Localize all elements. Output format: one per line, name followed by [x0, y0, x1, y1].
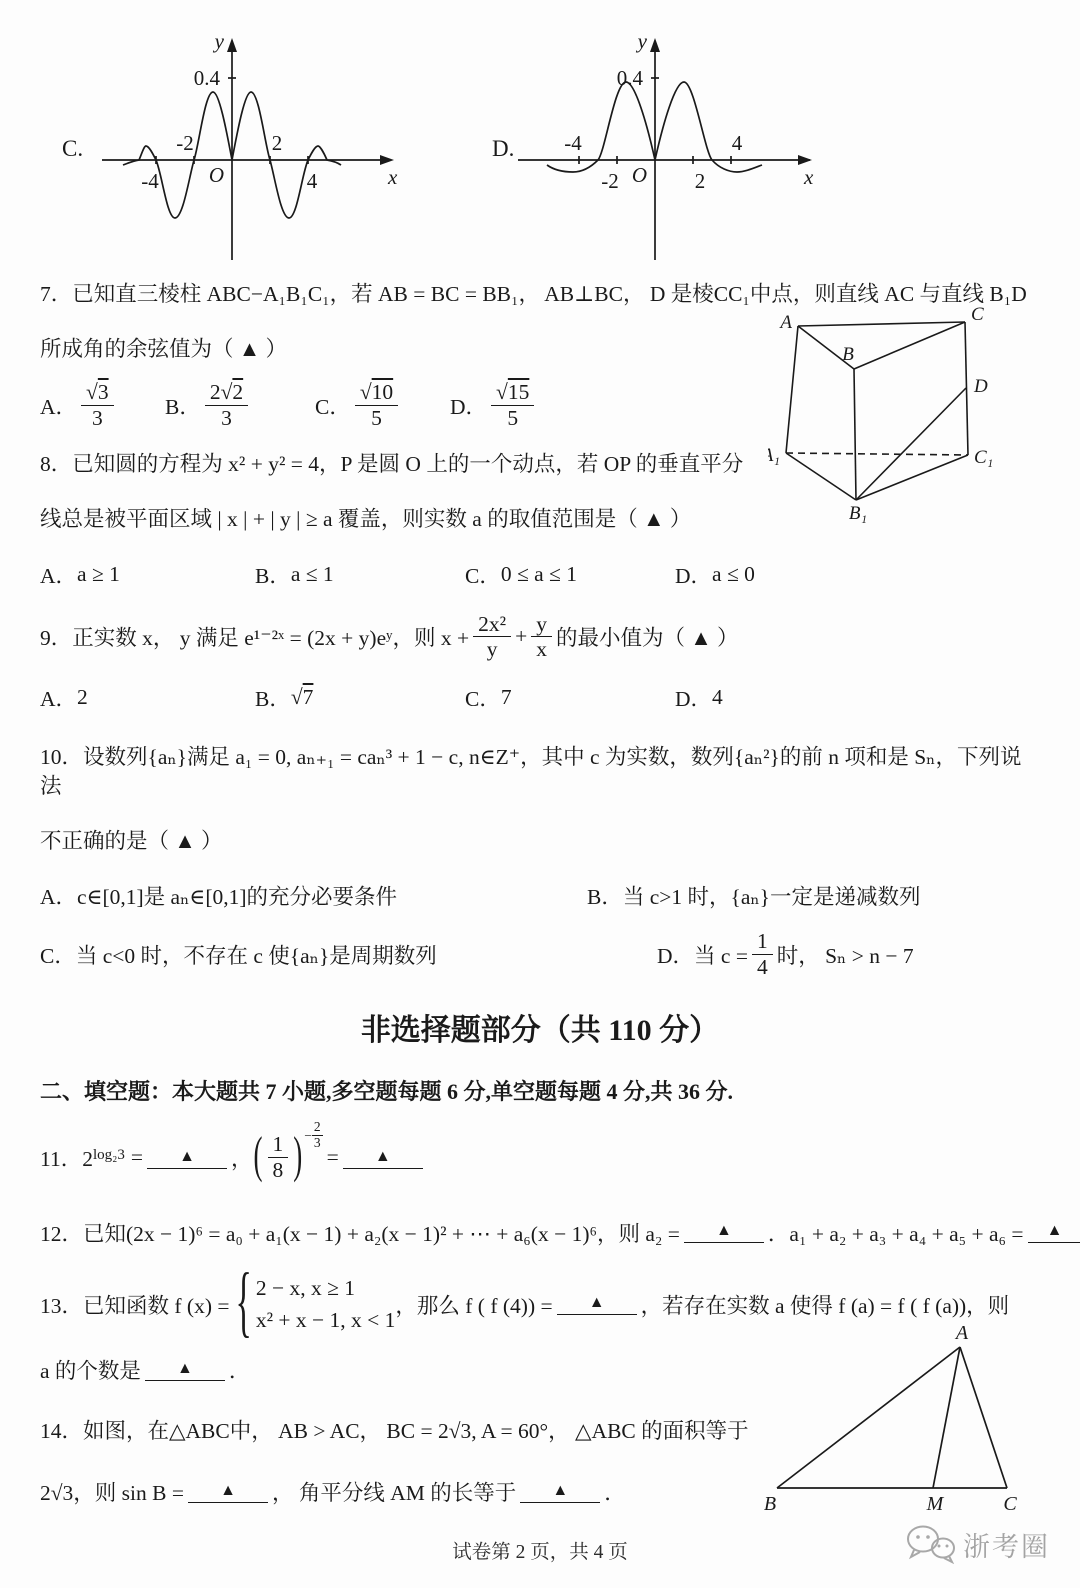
answer-graphs: C. 0.4 y — [40, 0, 1040, 272]
q8-line1: 8．已知圆的方程为 x² + y² = 4，P 是圆 O 上的一个动点，若 OP… — [40, 450, 770, 479]
exponent: log₂3 — [93, 1147, 125, 1164]
fraction: √10 5 — [355, 380, 398, 430]
prism-vertex-A: A — [778, 312, 792, 333]
c-tick-2: 2 — [272, 131, 283, 155]
triangle-figure: A B M C — [748, 1322, 1063, 1514]
c-ytick-label: 0.4 — [194, 66, 221, 90]
watermark: 浙考圈 — [905, 1524, 1050, 1564]
q9-option-c: C．7 — [465, 682, 675, 713]
prism-figure: A C B D A₁ C₁ B₁ — [768, 298, 1068, 533]
q8-options: A．a ≥ 1 B．a ≤ 1 C．0 ≤ a ≤ 1 D．a ≤ 0 — [40, 559, 1040, 590]
answer-blank: ▲ — [520, 1481, 600, 1503]
d-origin-label: O — [632, 163, 647, 187]
fraction: 2√2 3 — [205, 380, 248, 430]
q10-options-row2: C．当 c<0 时，不存在 c 使{aₙ}是周期数列 D．当 c = 14 时，… — [40, 929, 1040, 979]
piecewise-brace: { — [235, 1259, 251, 1348]
d-ytick-label: 0.4 — [617, 66, 644, 90]
d-tick-neg4: -4 — [564, 131, 582, 155]
q9-option-a: A．2 — [40, 682, 255, 713]
option-c-label: C. — [62, 136, 83, 162]
q14-line2: 2√3，则 sin B = ▲ ， 角平分线 AM 的长等于 ▲ ． — [40, 1476, 780, 1507]
prism-vertex-C: C — [971, 304, 984, 325]
answer-blank: ▲ — [1028, 1221, 1080, 1243]
fraction: 2x²y — [473, 612, 511, 662]
answer-blank: ▲ — [145, 1359, 225, 1381]
q10-option-b: B．当 c>1 时，{aₙ}一定是递减数列 — [587, 880, 921, 911]
q10-options-row1: A．c∈[0,1]是 aₙ∈[0,1]的充分必要条件 B．当 c>1 时，{aₙ… — [40, 880, 1040, 911]
d-yaxis-label: y — [636, 30, 648, 53]
fill-in-instructions: 二、填空题：本大题共 7 小题,多空题每题 6 分,单空题每题 4 分,共 36… — [40, 1075, 1040, 1106]
exam-page: C. 0.4 y — [0, 0, 1080, 1588]
exponent-fraction: − 23 — [304, 1120, 322, 1151]
q10-option-a: A．c∈[0,1]是 aₙ∈[0,1]的充分必要条件 — [40, 880, 587, 911]
answer-blank: ▲ — [147, 1147, 227, 1169]
q9-option-b: B．√7 — [255, 682, 465, 713]
q8-line2: 线总是被平面区域 | x | + | y | ≥ a 覆盖，则实数 a 的取值范… — [40, 505, 770, 534]
prism-vertex-A1: A₁ — [768, 445, 780, 466]
q8-option-a: A．a ≥ 1 — [40, 559, 255, 590]
q8-option-d: D．a ≤ 0 — [675, 559, 755, 590]
prism-vertex-B1: B₁ — [849, 503, 867, 524]
triangle-point-M: M — [926, 1493, 945, 1514]
answer-blank: ▲ — [684, 1221, 764, 1243]
d-tick-4: 4 — [732, 131, 743, 155]
q8-option-b: B．a ≤ 1 — [255, 559, 465, 590]
prism-point-D: D — [973, 376, 988, 397]
q12: 12．已知(2x − 1)⁶ = a₀ + a₁(x − 1) + a₂(x −… — [40, 1217, 1040, 1248]
q8-option-c: C．0 ≤ a ≤ 1 — [465, 559, 675, 590]
c-tick-neg2: -2 — [176, 131, 194, 155]
answer-blank: ▲ — [343, 1147, 423, 1169]
prism-vertex-B: B — [842, 344, 854, 365]
c-tick-4: 4 — [307, 169, 318, 193]
answer-blank: ▲ — [557, 1293, 637, 1315]
q7-option-d: D． √15 5 — [450, 380, 538, 430]
fraction: √3 3 — [81, 380, 114, 430]
fraction: 18 — [268, 1132, 289, 1182]
left-paren: ( — [254, 1126, 263, 1185]
d-tick-2: 2 — [695, 169, 706, 193]
q10-option-c: C．当 c<0 时，不存在 c 使{aₙ}是周期数列 — [40, 939, 657, 970]
q10-line2: 不正确的是（ ▲ ） — [40, 827, 1040, 856]
fraction: yx — [531, 612, 552, 662]
triangle-vertex-C: C — [1003, 1493, 1017, 1514]
section-title: 非选择题部分（共 110 分） — [40, 1005, 1040, 1049]
triangle-vertex-A: A — [954, 1322, 969, 1344]
q7-option-a: A． √3 3 — [40, 380, 165, 430]
d-xaxis-label: x — [803, 165, 814, 189]
q9-options: A．2 B．√7 C．7 D．4 — [40, 682, 1040, 713]
c-tick-neg4: -4 — [141, 169, 159, 193]
graph-option-d: 0.4 y x O -4 4 -2 2 — [500, 30, 820, 268]
q14-line1: 14．如图，在△ABC中， AB > AC， BC = 2√3, A = 60°… — [40, 1417, 760, 1446]
answer-blank: ▲ — [188, 1481, 268, 1503]
q10-line1: 10．设数列{aₙ}满足 a₁ = 0, aₙ₊₁ = caₙ³ + 1 − c… — [40, 743, 1040, 801]
triangle-vertex-B: B — [764, 1493, 776, 1514]
c-origin-label: O — [209, 163, 224, 187]
fraction: √15 5 — [491, 380, 534, 430]
q11: 11．2log₂3 = ▲ ， ( 18 ) − 23 = ▲ — [40, 1132, 1040, 1182]
fraction: 14 — [752, 929, 773, 979]
q7-option-b: B． 2√2 3 — [165, 380, 315, 430]
graph-option-c: 0.4 y x O -2 2 -4 4 — [90, 30, 410, 268]
c-yaxis-label: y — [213, 30, 225, 53]
q9-option-d: D．4 — [675, 682, 723, 713]
prism-vertex-C1: C₁ — [974, 447, 993, 468]
wechat-bubbles-icon — [905, 1524, 957, 1564]
right-paren: ) — [293, 1126, 302, 1185]
c-xaxis-label: x — [387, 165, 398, 189]
piecewise-rows: 2 − x, x ≥ 1 x² + x − 1, x < 1 — [256, 1272, 396, 1337]
q9-stem: 9．正实数 x， y 满足 e¹⁻²ˣ = (2x + y)eʸ，则 x + 2… — [40, 612, 1040, 662]
q10-option-d: D．当 c = 14 时， Sₙ > n − 7 — [657, 929, 914, 979]
d-tick-neg2: -2 — [601, 169, 619, 193]
q7-option-c: C． √10 5 — [315, 380, 450, 430]
